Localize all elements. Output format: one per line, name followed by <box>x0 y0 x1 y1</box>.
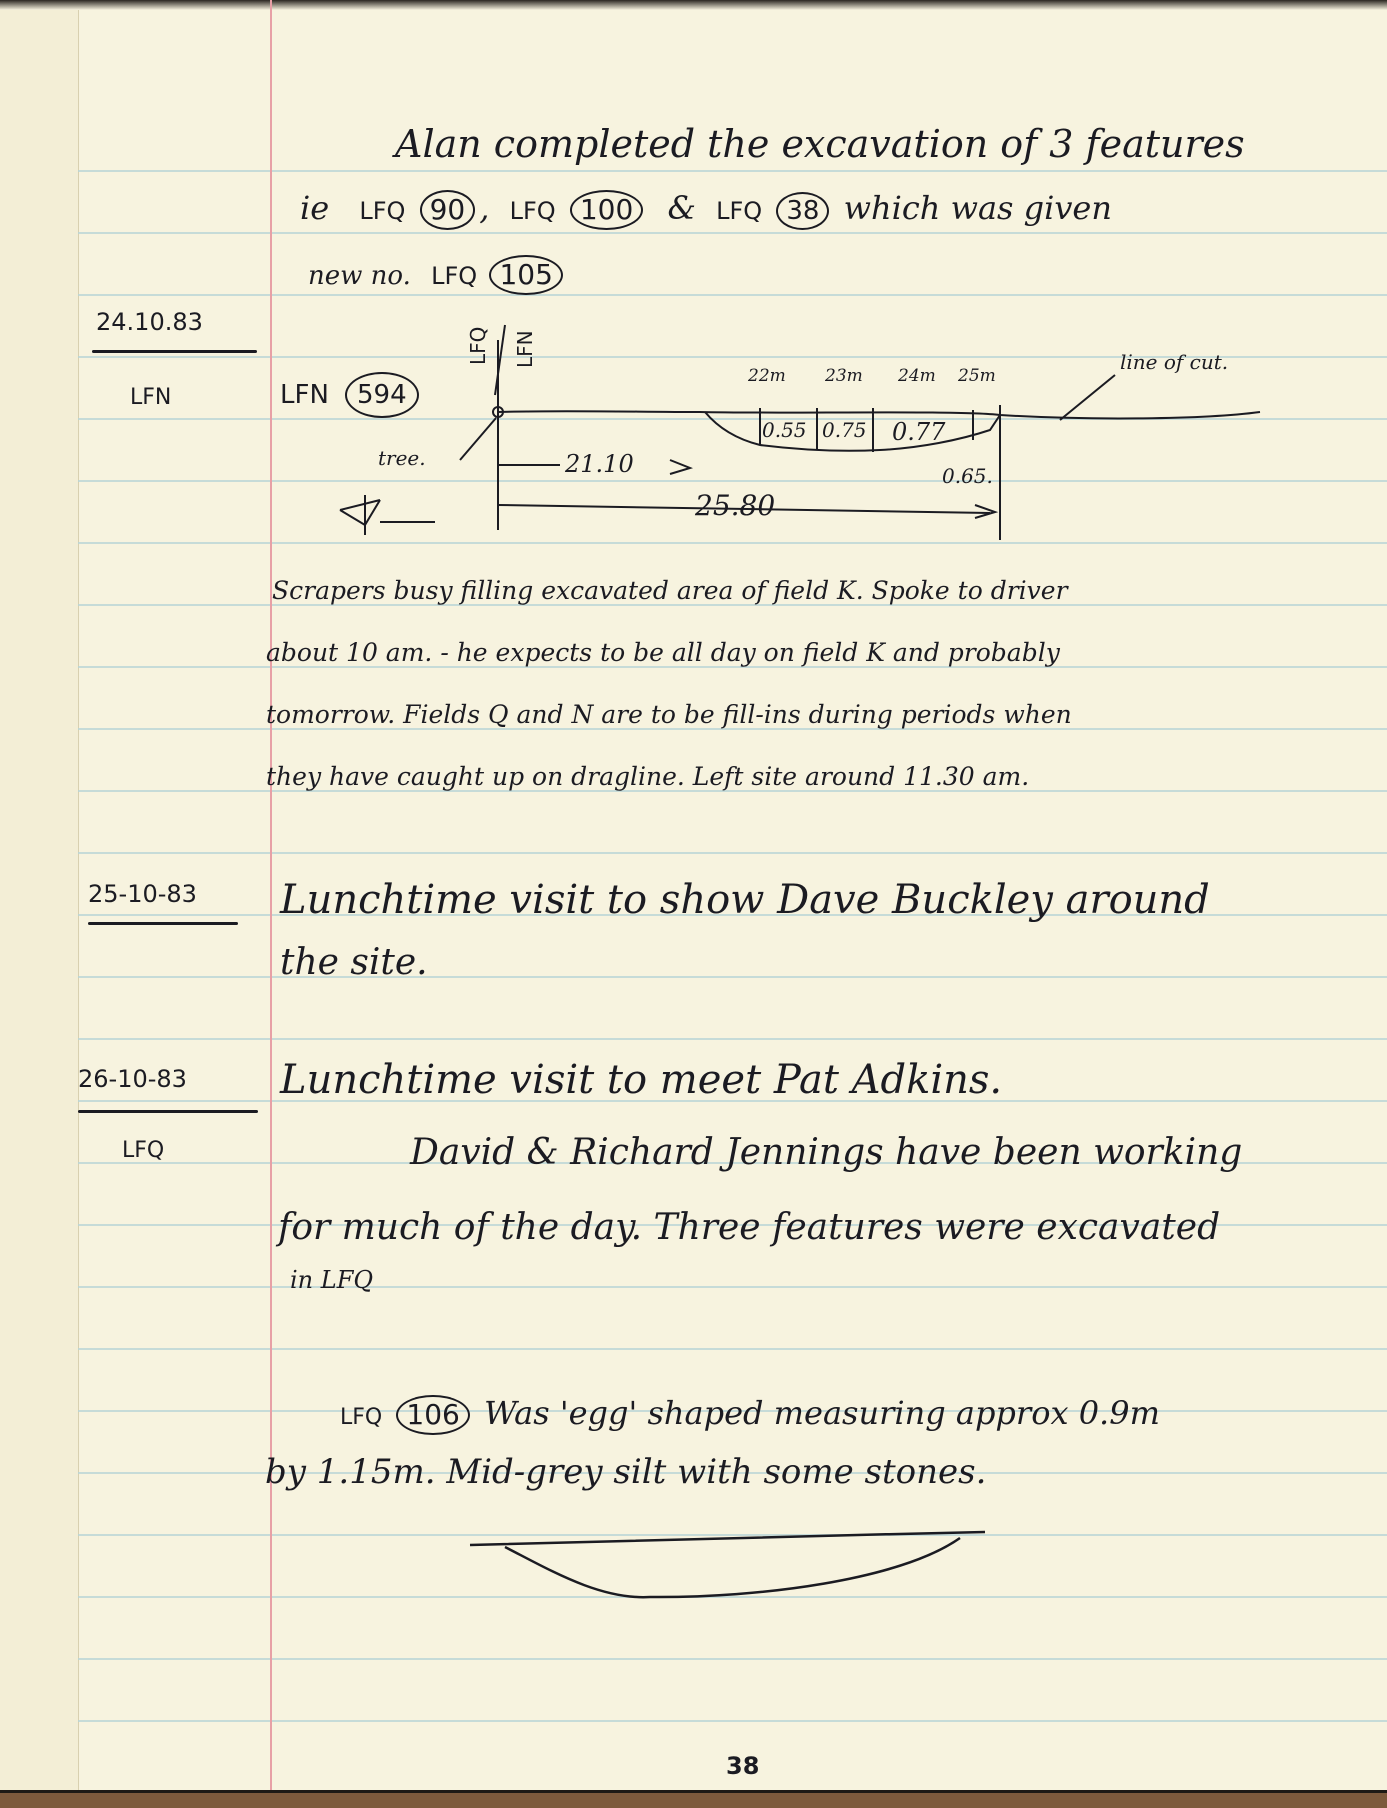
notebook-page: Alan completed the excavation of 3 featu… <box>0 0 1387 1790</box>
pit-profile-sketch <box>0 0 1387 1808</box>
notebook-bottom-edge <box>0 1790 1387 1808</box>
page-number: 38 <box>726 1752 759 1780</box>
